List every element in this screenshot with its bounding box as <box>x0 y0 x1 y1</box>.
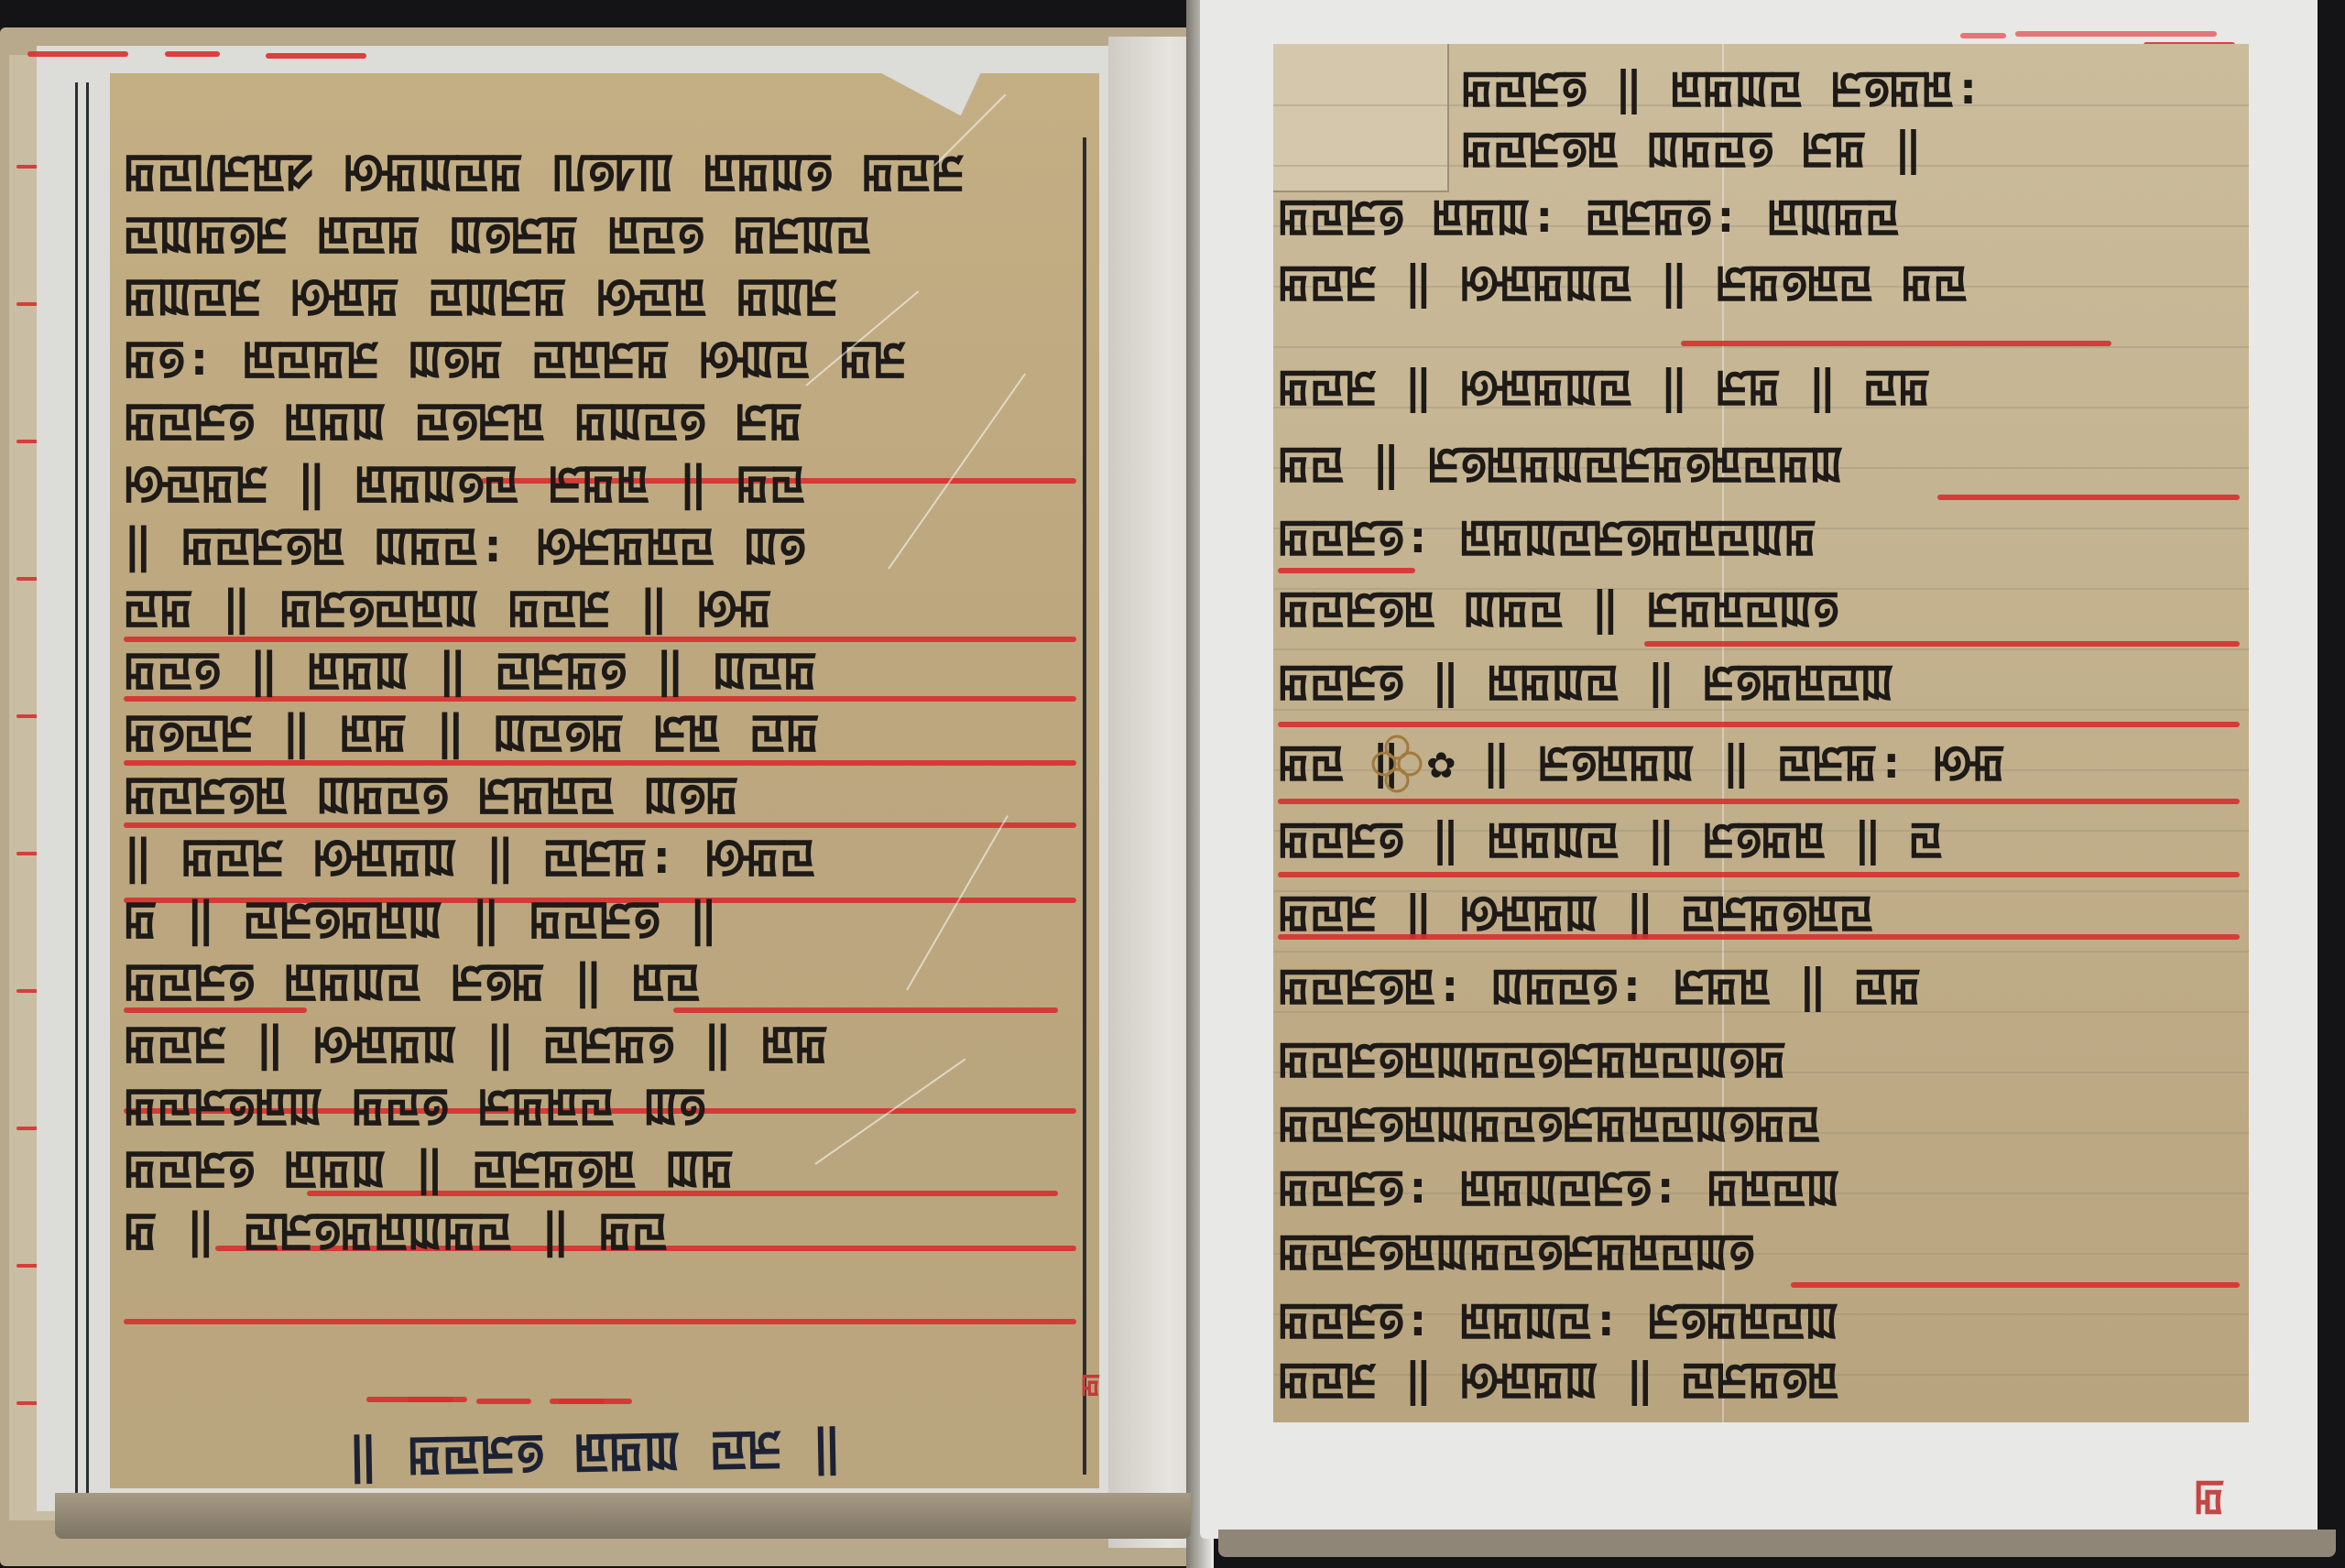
text-line: ꡙꡉꡂꡟꡈ ꡁꡙꡂ ꡉꡟꡈꡂ ꡁꡙꡟ ꡂꡈꡉꡙ <box>124 200 872 265</box>
text-line: ꡂꡙꡈꡟꡁ ꡉꡂꡙꡟ ꡈꡂꡁꡙ ꡉꡟꡂ <box>124 760 739 825</box>
text-line: ꡂꡙꡈꡟꡁ ꡉꡂꡙ ‖ ꡈꡂꡁꡙꡉꡟ <box>1278 575 1839 637</box>
right-bottom-edges <box>1218 1530 2336 1557</box>
text-line: ꡂꡙꡈꡟ: ꡁꡂꡉꡙ: ꡈꡟꡂꡁꡙꡉ <box>1278 1287 1839 1349</box>
text-line: ꡂꡙꡈꡟꡁꡉ ꡂꡙꡟ ꡈꡂꡁꡙ ꡉꡟ <box>124 1072 706 1137</box>
text-line: ꡂꡙꡈꡟꡁꡉꡂꡙꡟꡈꡂꡁꡙꡉꡟꡂ <box>1278 1026 1787 1088</box>
text-line: ꡂ ‖ ꡙꡈꡟꡂꡁꡉ ‖ ꡂꡙꡈꡟ ‖ <box>124 885 718 950</box>
text-line: ꡂꡙꡦꡈꡁꡛ ꡟꡂꡉꡙꡂ ꡃꡟꡠꡄ ꡁꡂꡉꡟ ꡂꡙꡈ <box>124 137 965 202</box>
text-line: ꡂꡙꡈꡟ ꡁꡂꡉ ꡙꡟꡈꡁ ꡂꡉꡙꡟ ꡈꡂ <box>124 387 803 452</box>
text-line: ꡂꡟꡙꡈ ‖ ꡁꡂ ‖ ꡉꡙꡟꡂ ꡈꡁ ꡙꡂ <box>124 698 820 763</box>
right-folio-mark: ꡂ <box>2194 1465 2225 1525</box>
text-line: ꡙꡂ ‖ ꡂꡈꡟꡙꡁꡉ ꡂꡙꡈ ‖ ꡟꡂ <box>124 573 772 638</box>
text-line: ꡂꡙꡈꡟ ꡁꡂꡉ ‖ ꡙꡈꡂꡟꡁ ꡉꡂ <box>124 1134 735 1199</box>
text-line: ꡂꡙ ‖ ꡈꡟꡁꡂꡉꡙꡈꡂꡟꡁꡙꡂꡉ <box>1278 430 1844 493</box>
left-top-red-marks <box>27 46 943 64</box>
text-line: ꡂꡙꡈꡟ: ꡁꡂꡉꡙꡈꡟ: ꡂꡁꡙꡉ <box>1278 1154 1840 1216</box>
text-line: ꡂꡙꡈ ‖ ꡟꡁꡂꡉꡙ ‖ ꡈꡂꡟꡁꡙ ꡂꡙ <box>1278 249 1968 311</box>
text-line: ꡂꡙꡈꡟ ꡁꡂꡉꡙ ꡈꡟꡂ ‖ ꡁꡙ <box>124 947 701 1012</box>
text-line: ꡂ ‖ ꡙꡈꡟꡂꡁꡉꡂꡙ ‖ ꡂꡙ <box>124 1196 668 1261</box>
text-line: ꡂꡙꡈꡟ ‖ ꡁꡂꡉꡙ ‖ ꡈꡟꡂꡁꡙꡉ <box>1278 648 1894 711</box>
colophon-red-rule <box>559 1399 632 1404</box>
left-bottom-edges <box>55 1493 1191 1539</box>
text-line: ꡂꡙꡈꡟꡁꡉꡂꡙꡟꡈꡂꡁꡙꡉꡟꡂꡙ <box>1278 1090 1821 1152</box>
left-double-rule-2 <box>86 82 89 1511</box>
text-line: ꡂꡙꡈꡟꡁꡉꡂꡙꡟꡈꡂꡁꡙꡉꡟ <box>1278 1218 1755 1280</box>
text-line: ‖ ꡂꡙꡈꡟꡁ ꡉꡂꡙ: ꡟꡈꡂꡁꡙ ꡉꡟ <box>124 511 806 576</box>
text-line: ꡂꡉꡙꡈ ꡟꡁꡂ ꡙꡉꡈꡂ ꡟꡙꡁ ꡂꡉꡈ <box>124 262 838 327</box>
text-line: ꡂꡙꡈ ‖ ꡟꡁꡂꡉ ‖ ꡙꡈꡂꡟ ‖ ꡁꡂ <box>124 1009 829 1074</box>
text-line: ꡂꡙꡈꡟ ‖ ꡁꡂꡉꡙ ‖ ꡈꡟꡂꡁ ‖ ꡙ <box>1278 806 1943 868</box>
text-line: ꡂꡙꡟ ‖ ꡁꡂꡉ ‖ ꡙꡈꡂꡟ ‖ ꡉꡙꡂ <box>124 636 817 701</box>
flower-ornament-icon <box>1369 733 1424 797</box>
colophon: ‖ ꡂꡙꡈꡟ ꡁꡂꡉ ꡙꡈ ‖ <box>347 1410 842 1486</box>
text-line: ꡂꡙꡈ ‖ ꡟꡁꡂꡉꡙ ‖ ꡈꡂ ‖ ꡙꡂ <box>1278 354 1931 416</box>
text-line: ‖ ꡂꡙꡈ ꡟꡁꡂꡉ ‖ ꡙꡈꡂ: ꡟꡂꡙ <box>124 822 816 887</box>
text-line: ꡂꡙꡈꡟꡁ: ꡉꡂꡙꡟ: ꡈꡂꡁ ‖ ꡙꡂ <box>1278 953 1921 1015</box>
text-line: ꡂꡟ: ꡁꡙꡂꡈ ꡉꡟꡂ ꡙꡁꡈꡂ ꡟꡉꡙ ꡂꡈ <box>124 324 907 389</box>
text-line: ꡂꡙꡈꡟꡁ ꡉꡂꡙꡟ ꡈꡂ ‖ <box>1461 115 1922 178</box>
text-line: ꡂꡙꡈ ‖ ꡟꡁꡂꡉ ‖ ꡙꡈꡂꡟꡁ <box>1278 1346 1839 1409</box>
left-text-block: ꡂꡙꡦꡈꡁꡛ ꡟꡂꡉꡙꡂ ꡃꡟꡠꡄ ꡁꡂꡉꡟ ꡂꡙꡈ ꡙꡉꡂꡟꡈ ꡁꡙꡂ ꡉꡟꡈ… <box>124 137 1085 1365</box>
left-folio-mark: ꡂ <box>1081 1365 1100 1402</box>
text-line: ꡂꡙꡈꡟ ‖ ꡁꡂꡉꡙ ꡈꡟꡂꡁ: <box>1461 55 1982 117</box>
text-line: ꡂꡙꡈꡟ ꡁꡂꡉ: ꡙꡈꡂꡟ: ꡁꡉꡂꡙ <box>1278 183 1900 245</box>
colophon-red-rule <box>408 1397 453 1402</box>
text-line: ꡂꡙꡈꡟ: ꡁꡂꡉꡙꡈꡟꡂꡁꡙꡉꡂ <box>1278 504 1817 566</box>
text-line: ꡟꡙꡂꡈ ‖ ꡁꡂꡉꡟꡙ ꡈꡂꡁ ‖ ꡂꡙ <box>124 449 806 514</box>
left-double-rule <box>75 82 78 1511</box>
right-top-red-marks <box>1960 26 2235 44</box>
colophon-red-rule <box>476 1399 531 1404</box>
text-line: ꡂꡙꡈ ‖ ꡟꡁꡂꡉ ‖ ꡙꡈꡂꡟꡁꡙ <box>1278 879 1874 942</box>
